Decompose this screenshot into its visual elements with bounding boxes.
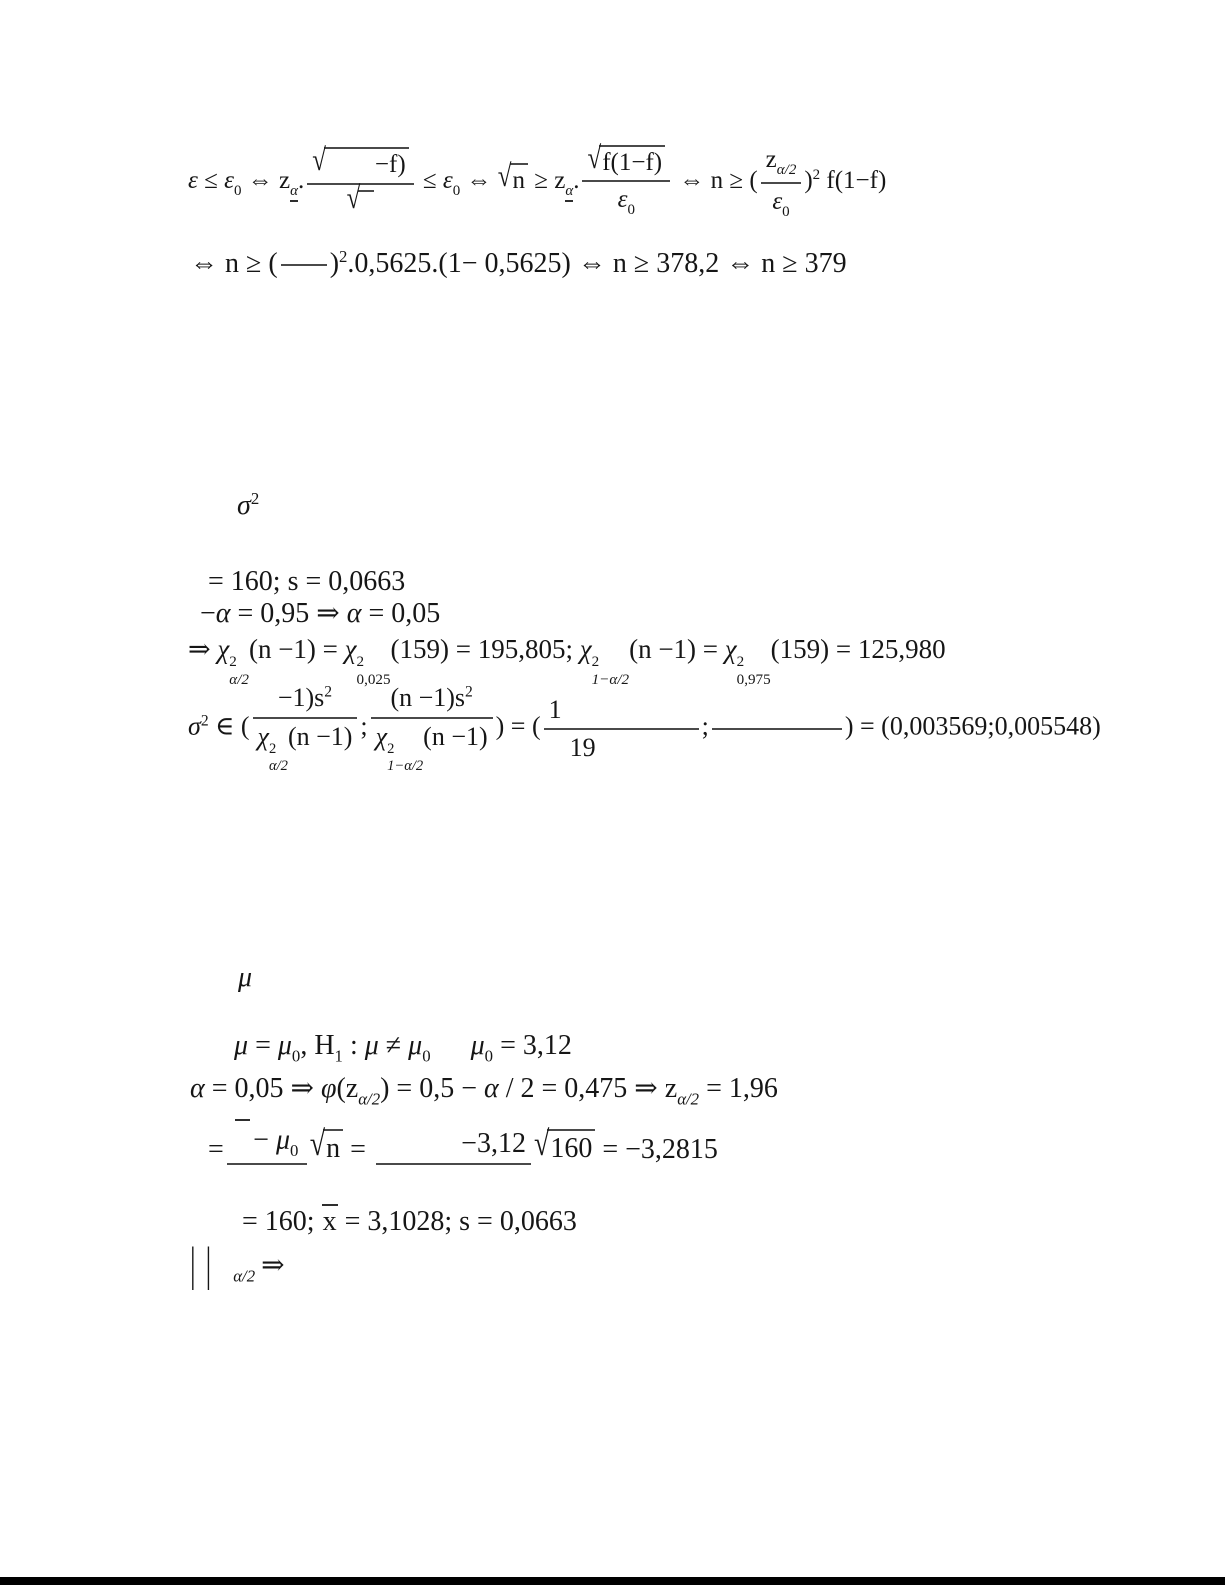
tok: ) (804, 167, 812, 194)
tok: ( (749, 167, 757, 194)
fraction-denominator: √ (307, 185, 413, 218)
formula-line-alpha: −α = 0,95 ⇒ α = 0,05 (200, 591, 440, 635)
sup: 2 (737, 653, 745, 671)
tok: = 160; (242, 1206, 322, 1237)
formula-row: σ2 ∈ (−1)s2χ2α/2(n −1);(n −1)s2χ21−α/2(n… (188, 682, 1101, 775)
fraction-numerator: −1)s2 (253, 682, 358, 719)
sup: 2 (592, 653, 600, 671)
radical-sign: √ (534, 1123, 549, 1167)
tok: μ (408, 1030, 422, 1061)
sup: 2 (387, 741, 394, 758)
sub: 0 (627, 202, 635, 218)
fraction-numerator: −3,12 (376, 1126, 531, 1165)
sqrt: √−f) (312, 147, 408, 180)
tok: μ (471, 1030, 485, 1061)
tok: α (190, 1073, 205, 1104)
sup-sub-stack: 2α/2 (269, 741, 288, 776)
tok: σ (237, 490, 251, 521)
fraction-blank (281, 253, 327, 277)
tok: = (248, 1030, 278, 1061)
tok: ; (360, 712, 367, 741)
tok: α (216, 598, 231, 629)
tok: ≤ (417, 167, 443, 194)
tok: (159) = 195,805; (391, 634, 580, 664)
tok: z (554, 167, 565, 194)
tok: z (766, 146, 777, 173)
fraction-denominator: 19 (544, 730, 699, 765)
chi-squared: χ (376, 722, 387, 751)
chi-squared: χ (258, 722, 269, 751)
tok: ) = ( (496, 712, 541, 741)
fraction-numerator: √f(1−f) (582, 145, 670, 182)
sup: 2 (251, 488, 259, 507)
tok: μ (238, 962, 252, 993)
sub: 0 (422, 1047, 430, 1066)
tok: − (200, 598, 216, 629)
tok: ε (443, 167, 453, 194)
radicand: n (323, 1129, 343, 1166)
tok: ∈ ( (209, 712, 250, 741)
fraction-denominator-blank (281, 266, 327, 277)
fraction-numerator: zα/2 (761, 144, 802, 184)
sup: 2 (201, 713, 209, 730)
sub: α/2 (777, 162, 797, 178)
radicand: −f) (324, 147, 409, 180)
formula-row: ⇔ n ≥ ()2.0,5625.(1− 0,5625) ⇔ n ≥ 378,2… (190, 246, 847, 281)
fraction: √−f)√ (307, 147, 413, 218)
formula-row: =− μ0√n = −3,12√160 = −3,2815 (208, 1119, 718, 1184)
sqrt: √n (310, 1129, 343, 1166)
tok: = (208, 1133, 224, 1164)
fraction-numerator: √−f) (307, 147, 413, 184)
chi-squared: χ (580, 634, 592, 664)
overline-x: x (322, 1204, 338, 1237)
tok: .0,5625.(1− 0,5625) ⇔ n ≥ 378,2 ⇔ n ≥ 37… (347, 248, 846, 279)
page-bottom-border (0, 1577, 1225, 1585)
tok: = 3,1028; s = 0,0663 (338, 1206, 577, 1237)
chi-squared: χ (725, 634, 737, 664)
chi-squared: χ (217, 634, 229, 664)
mu-label: μ (238, 953, 252, 1001)
sup: 2 (324, 684, 332, 701)
document-page: ε ≤ ε0 ⇔ zα.√−f)√ ≤ ε0 ⇔ √n ≥ zα.√f(1−f)… (0, 0, 1225, 1585)
tok: ≥ (528, 167, 554, 194)
sqrt: √f(1−f) (587, 145, 665, 178)
sqrt: √n (498, 163, 528, 196)
fraction-denominator: ε0 (582, 182, 670, 220)
tok: φ (321, 1073, 337, 1104)
tok: σ (188, 712, 201, 741)
fraction-numerator: (n −1)s2 (371, 682, 493, 719)
fraction: (n −1)s2χ21−α/2(n −1) (371, 682, 493, 775)
tok: −f) (375, 151, 406, 178)
tok: μ (278, 1030, 292, 1061)
tok: −3,12 (461, 1128, 526, 1159)
formula-row: α = 0,05 ⇒ φ(zα/2) = 0,5 − α / 2 = 0,475… (190, 1071, 778, 1111)
tok: (n −1) (288, 722, 352, 751)
sub: α/2 (269, 758, 288, 775)
tok: = 0,95 ⇒ (231, 598, 347, 629)
tok: (z (336, 1073, 358, 1104)
sqrt: √160 (534, 1129, 595, 1166)
sub: 1−α/2 (387, 758, 423, 775)
tok: ) (330, 248, 339, 279)
formula-row: ⇒ χ2α/2(n −1) = χ20,025(159) = 195,805; … (188, 633, 946, 690)
tok: ⇔ n ≥ ( (190, 248, 278, 279)
fraction-blank (712, 717, 842, 741)
formula-line-chi-quantiles: ⇒ χ2α/2(n −1) = χ20,025(159) = 195,805; … (188, 637, 946, 685)
tok: = (343, 1133, 373, 1164)
tok: ⇔ (673, 167, 711, 194)
tok: ε (618, 186, 628, 213)
formula-line-critical-value: α = 0,05 ⇒ φ(zα/2) = 0,5 − α / 2 = 0,475… (190, 1069, 778, 1113)
tok: ⇒ (188, 634, 217, 664)
tok: ≤ (198, 167, 224, 194)
fraction: zα/2ε0 (761, 144, 802, 221)
tok: = −3,2815 (595, 1133, 718, 1164)
tok: (n −1)s (390, 683, 465, 712)
sub: α/2 (677, 1090, 699, 1109)
formula-line-sample-size: ε ≤ ε0 ⇔ zα.√−f)√ ≤ ε0 ⇔ √n ≥ zα.√f(1−f)… (188, 135, 886, 230)
tok: (n −1) = (629, 634, 725, 664)
tok: , H (300, 1030, 334, 1061)
radicand: f(1−f) (599, 145, 665, 178)
tok: = 1,96 (699, 1073, 778, 1104)
fraction: −3,12 (376, 1126, 531, 1176)
tok: (159) = 125,980 (771, 634, 946, 664)
formula-line-rejection: ||α/2⇒ (190, 1244, 285, 1292)
sup: 2 (357, 653, 365, 671)
tok: −1)s (278, 683, 324, 712)
tok: 1 (549, 695, 562, 724)
fraction: √f(1−f)ε0 (582, 145, 670, 220)
tok: : (343, 1030, 365, 1061)
radical-sign: √ (312, 141, 326, 180)
formula-line-z-statistic: =− μ0√n = −3,12√160 = −3,2815 (208, 1116, 718, 1186)
chi-squared: χ (345, 634, 357, 664)
fraction-numerator: − μ0 (227, 1119, 307, 1166)
abs-bar: | (206, 1236, 212, 1296)
fraction: 119 (544, 694, 699, 765)
formula-row: = 160; x = 3,1028; s = 0,0663 (242, 1204, 577, 1239)
sub: α/2 (233, 1267, 255, 1286)
sqrt: √ (347, 187, 375, 218)
tok: μ (234, 1030, 248, 1061)
radical-sign: √ (347, 179, 361, 218)
tok: ε (224, 167, 234, 194)
tok: . (298, 167, 304, 194)
tok: α (347, 598, 362, 629)
tok: ; (702, 712, 709, 741)
tok: f(1−f) (820, 167, 886, 194)
tok: = 3,12 (493, 1030, 572, 1061)
sub-alpha-underlined: α (290, 183, 298, 202)
sub: 0 (782, 203, 790, 219)
tok: = 0,05 ⇒ (205, 1073, 321, 1104)
fraction-numerator-blank (712, 717, 842, 730)
fraction: −1)s2χ2α/2(n −1) (253, 682, 358, 775)
sup-sub-stack: 21−α/2 (387, 741, 423, 776)
tok: ) = 0,5 − (380, 1073, 484, 1104)
tok: (n −1) = (249, 634, 345, 664)
formula-row: −α = 0,95 ⇒ α = 0,05 (200, 596, 440, 631)
tok: ≠ (379, 1030, 408, 1061)
tok: μ (276, 1124, 290, 1155)
abs-bar: | (190, 1236, 196, 1296)
tok: (n −1) (423, 722, 487, 751)
tok: ⇔ (241, 167, 279, 194)
radicand: 160 (547, 1129, 595, 1166)
tok: μ (365, 1030, 379, 1061)
tok: ⇔ (460, 167, 498, 194)
tok: n (711, 167, 724, 194)
fraction-denominator: χ2α/2(n −1) (253, 719, 358, 776)
sub: 1 (335, 1047, 343, 1066)
tok: ε (772, 188, 782, 215)
formula-row: μ = μ0, H1 : μ ≠ μ0μ0 = 3,12 (234, 1028, 572, 1068)
radical-sign: √ (310, 1123, 325, 1167)
formula-line-hypotheses: μ = μ0, H1 : μ ≠ μ0μ0 = 3,12 (234, 1026, 572, 1070)
sub: 0 (485, 1047, 493, 1066)
tok: ε (188, 167, 198, 194)
formula-row: ||α/2⇒ (190, 1248, 285, 1288)
fraction-denominator-blank (227, 1165, 307, 1183)
formula-row: σ2 (237, 488, 259, 523)
sub: α/2 (358, 1090, 380, 1109)
tok: α (484, 1073, 499, 1104)
tok: / 2 = 0,475 ⇒ z (499, 1073, 677, 1104)
sup: 2 (465, 684, 473, 701)
sup: 2 (269, 741, 276, 758)
fraction-numerator-blank (281, 253, 327, 266)
tok: . (573, 167, 579, 194)
sigma-squared-label: σ2 (237, 480, 259, 530)
fraction-denominator-blank (712, 730, 842, 741)
sub: 0 (290, 1140, 298, 1159)
tok: z (279, 167, 290, 194)
fraction: − μ0 (227, 1119, 307, 1184)
tok: ≥ (723, 167, 749, 194)
tok: ) = (0,003569;0,005548) (845, 712, 1101, 741)
formula-row: μ (238, 960, 252, 995)
fraction-numerator: 1 (544, 694, 699, 731)
radicand-blank (358, 190, 374, 210)
formula-line-sample-stats: = 160; x = 3,1028; s = 0,0663 (242, 1199, 577, 1243)
tok: ⇒ (261, 1250, 284, 1281)
tok: = 0,05 (361, 598, 440, 629)
fraction-denominator-blank (376, 1165, 531, 1176)
sup: 2 (229, 653, 237, 671)
formula-line-result-n: ⇔ n ≥ ()2.0,5625.(1− 0,5625) ⇔ n ≥ 378,2… (190, 235, 847, 291)
tok: 19 (570, 733, 596, 762)
radical-sign: √ (498, 157, 512, 196)
formula-line-variance-interval: σ2 ∈ (−1)s2χ2α/2(n −1);(n −1)s2χ21−α/2(n… (188, 684, 1101, 774)
tok: − (253, 1124, 276, 1155)
fraction-denominator: χ21−α/2(n −1) (371, 719, 493, 776)
overline-blank (235, 1119, 250, 1133)
fraction-denominator: ε0 (761, 184, 802, 222)
radicand: n (510, 163, 529, 196)
radical-sign: √ (587, 139, 601, 178)
formula-row: ε ≤ ε0 ⇔ zα.√−f)√ ≤ ε0 ⇔ √n ≥ zα.√f(1−f)… (188, 144, 886, 221)
